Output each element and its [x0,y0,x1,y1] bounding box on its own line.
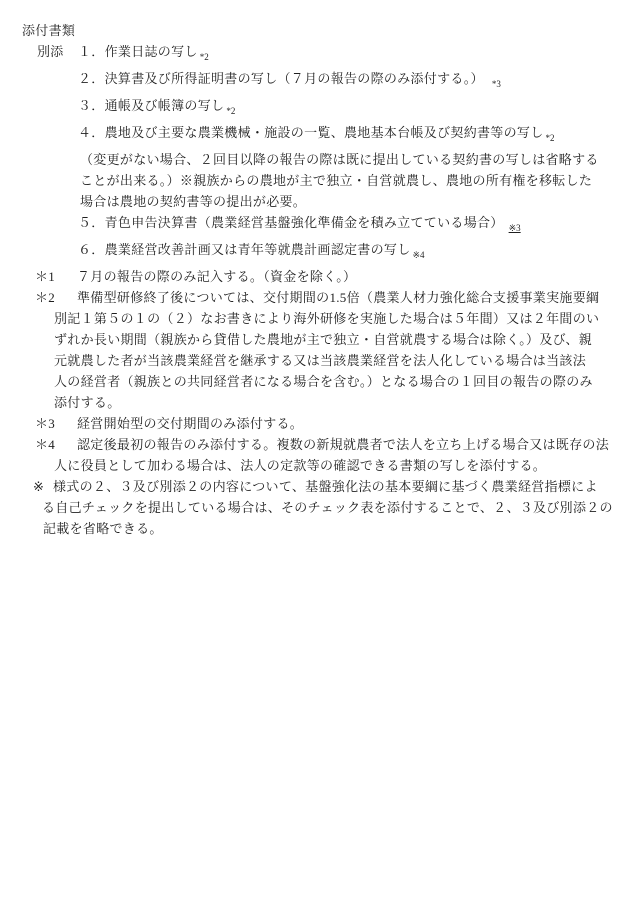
line-text: 人の経営者（親族との共同経営者になる場合を含む。）となる場合の１回目の報告の際の… [54,374,593,389]
footnote-1: ＊1７月の報告の際のみ記入する。（資金を除く。） [0,266,630,287]
line-text: １．作業日誌の写し [78,44,198,59]
line-text: ことが出来る。）※親族からの農地が主で独立・自営就農し、農地の所有権を移転した [80,173,592,188]
footnote-ref: *3 [492,79,501,89]
line-text: ５．青色申告決算書（農業経営基盤強化準備金を積み立てている場合） [78,215,504,230]
footnote-ref: *2 [200,52,209,62]
list-item-4-cont: 場合は農地の契約書等の提出が必要。 [0,191,630,212]
list-item-5: ５．青色申告決算書（農業経営基盤強化準備金を積み立てている場合）※3 [0,212,630,239]
line-marker: ＊3 [35,413,77,434]
line-marker: ※ [33,476,53,497]
list-item-4-cont: ことが出来る。）※親族からの農地が主で独立・自営就農し、農地の所有権を移転した [0,170,630,191]
footnote-ref: *2 [546,133,555,143]
footnote-2-cont: 元就農した者が当該農業経営を継承する又は当該農業経営を法人化している場合は当該法 [0,350,630,371]
line-text: 添付書類 [22,23,75,38]
footnote-ref: *2 [226,106,235,116]
footnote-2: ＊2準備型研修終了後については、交付期間の1.5倍（農業人材力強化総合支援事業実… [0,287,630,308]
note-kome-cont: る自己チェックを提出している場合は、そのチェック表を添付することで、２、３及び別… [0,497,630,518]
footnote-2-cont: 添付する。 [0,392,630,413]
line-text: ずれか長い期間（親族から貸借した農地が主で独立・自営就農する場合は除く。）及び、… [54,332,592,347]
line-text: 場合は農地の契約書等の提出が必要。 [80,194,306,209]
footnote-3: ＊3経営開始型の交付期間のみ添付する。 [0,413,630,434]
line-text: 様式の２、３及び別添２の内容について、基盤強化法の基本要綱に基づく農業経営指標に… [53,479,598,494]
line-text: ４．農地及び主要な農業機械・施設の一覧、農地基本台帳及び契約書等の写し [78,125,544,140]
note-kome: ※様式の２、３及び別添２の内容について、基盤強化法の基本要綱に基づく農業経営指標… [0,476,630,497]
line-text: （変更がない場合、２回目以降の報告の際は既に提出している契約書の写しは省略する [80,152,599,167]
line-text: 元就農した者が当該農業経営を継承する又は当該農業経営を法人化している場合は当該法 [54,353,586,368]
line-marker: ＊4 [35,434,77,455]
footnote-2-cont: 人の経営者（親族との共同経営者になる場合を含む。）となる場合の１回目の報告の際の… [0,371,630,392]
footnote-4: ＊4認定後最初の報告のみ添付する。複数の新規就農者で法人を立ち上げる場合又は既存… [0,434,630,455]
line-text: 記載を省略できる。 [43,521,163,536]
line-text: 別記１第５の１の（２）なお書きにより海外研修を実施した場合は５年間）又は２年間の… [54,311,599,326]
list-item-6: ６．農業経営改善計画又は青年等就農計画認定書の写し※4 [0,239,630,266]
line-text: る自己チェックを提出している場合は、そのチェック表を添付することで、２、３及び別… [42,500,613,515]
list-item-4: ４．農地及び主要な農業機械・施設の一覧、農地基本台帳及び契約書等の写し*2 [0,122,630,149]
footnote-ref: ※3 [509,223,521,233]
line-text: ６．農業経営改善計画又は青年等就農計画認定書の写し [78,242,411,257]
list-item-1: 別添１．作業日誌の写し*2 [0,41,630,68]
footnote-2-cont: ずれか長い期間（親族から貸借した農地が主で独立・自営就農する場合は除く。）及び、… [0,329,630,350]
line-marker: ＊1 [35,266,77,287]
line-text: 人に役員として加わる場合は、法人の定款等の確認できる書類の写しを添付する。 [54,458,546,473]
line-marker: 別添 [37,41,78,62]
note-kome-cont: 記載を省略できる。 [0,518,630,539]
list-item-2: ２．決算書及び所得証明書の写し（７月の報告の際のみ添付する。）*3 [0,68,630,95]
line-text: 認定後最初の報告のみ添付する。複数の新規就農者で法人を立ち上げる場合又は既存の法 [77,437,609,452]
line-text: ３．通帳及び帳簿の写し [78,98,224,113]
line-text: 経営開始型の交付期間のみ添付する。 [77,416,303,431]
line-marker: ＊2 [35,287,77,308]
doc-title: 添付書類 [0,20,630,41]
line-text: 準備型研修終了後については、交付期間の1.5倍（農業人材力強化総合支援事業実施要… [77,290,599,305]
list-item-4-cont: （変更がない場合、２回目以降の報告の際は既に提出している契約書の写しは省略する [0,149,630,170]
line-text: ２．決算書及び所得証明書の写し（７月の報告の際のみ添付する。） [78,71,484,86]
footnote-4-cont: 人に役員として加わる場合は、法人の定款等の確認できる書類の写しを添付する。 [0,455,630,476]
line-text: 添付する。 [54,395,121,410]
document-body: 添付書類別添１．作業日誌の写し*2２．決算書及び所得証明書の写し（７月の報告の際… [0,20,630,539]
footnote-2-cont: 別記１第５の１の（２）なお書きにより海外研修を実施した場合は５年間）又は２年間の… [0,308,630,329]
document-page: 添付書類別添１．作業日誌の写し*2２．決算書及び所得証明書の写し（７月の報告の際… [0,0,630,539]
footnote-ref: ※4 [413,250,425,260]
line-text: ７月の報告の際のみ記入する。（資金を除く。） [77,269,356,284]
list-item-3: ３．通帳及び帳簿の写し*2 [0,95,630,122]
